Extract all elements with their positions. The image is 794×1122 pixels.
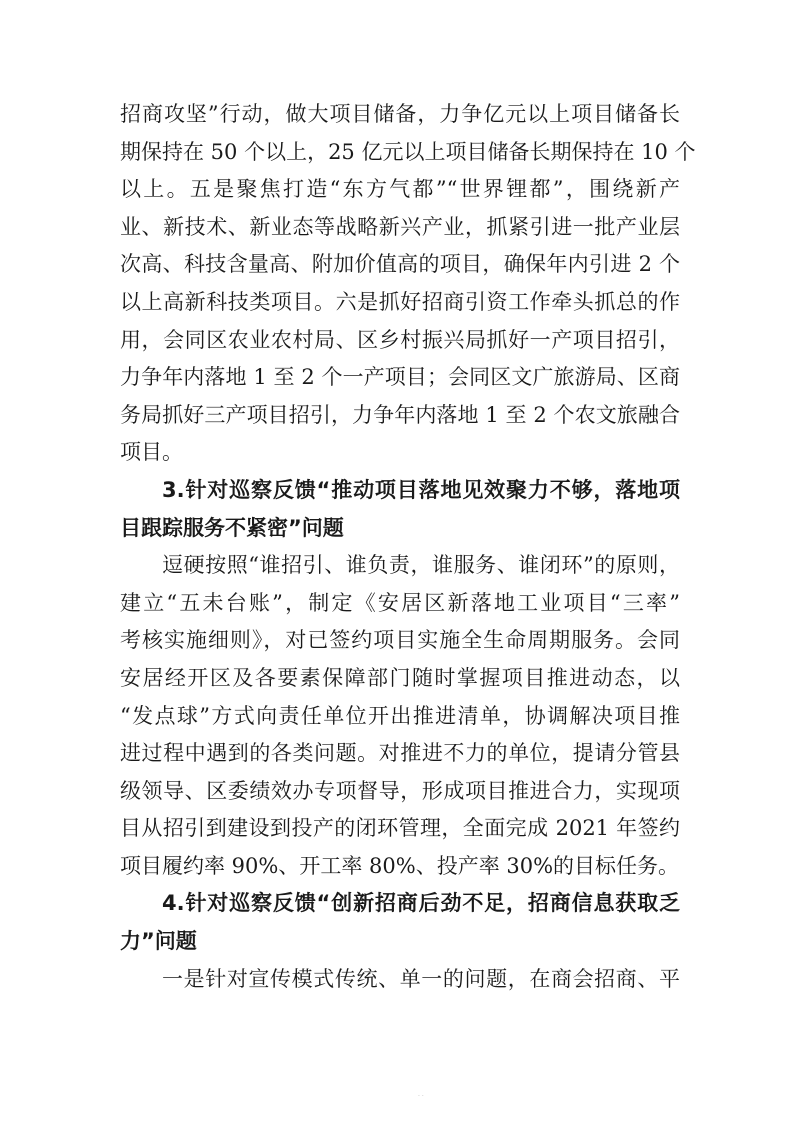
paragraph-project-tracking: 逗硬按照“谁招引、谁负责，谁服务、谁闭环”的原则， 建立“五未台账”，制定《安居…	[120, 547, 680, 885]
text-line: 期保持在 50 个以上，25 亿元以上项目储备长期保持在 10 个	[120, 134, 680, 172]
text-line: 一是针对宣传模式传统、单一的问题，在商会招商、平	[120, 961, 680, 999]
heading-line: 4.针对巡察反馈“创新招商后劲不足，招商信息获取乏	[120, 885, 680, 923]
heading-line: 3.针对巡察反馈“推动项目落地见效聚力不够，落地项	[120, 472, 680, 510]
text-line: 进过程中遇到的各类问题。对推进不力的单位，提请分管县	[120, 735, 680, 773]
text-line: 项目。	[120, 434, 680, 472]
footer-mark: · ·	[418, 1093, 424, 1100]
text-line: 级领导、区委绩效办专项督导，形成项目推进合力，实现项	[120, 773, 680, 811]
text-line: 项目履约率 90%、开工率 80%、投产率 30%的目标任务。	[120, 848, 680, 886]
paragraph-investment-targets: 招商攻坚”行动，做大项目储备，力争亿元以上项目储备长 期保持在 50 个以上，2…	[120, 96, 680, 472]
text-line: 逗硬按照“谁招引、谁负责，谁服务、谁闭环”的原则，	[120, 547, 680, 585]
document-page: 招商攻坚”行动，做大项目储备，力争亿元以上项目储备长 期保持在 50 个以上，2…	[120, 96, 680, 998]
text-line: 安居经开区及各要素保障部门随时掌握项目推进动态，以	[120, 660, 680, 698]
text-line: 建立“五未台账”，制定《安居区新落地工业项目“三率”	[120, 585, 680, 623]
text-line: 务局抓好三产项目招引，力争年内落地 1 至 2 个农文旅融合	[120, 397, 680, 435]
text-line: 用，会同区农业农村局、区乡村振兴局抓好一产项目招引，	[120, 322, 680, 360]
heading-line: 目跟踪服务不紧密”问题	[120, 510, 680, 548]
text-line: 力争年内落地 1 至 2 个一产项目；会同区文广旅游局、区商	[120, 359, 680, 397]
text-line: 以上。五是聚焦打造“东方气都”“世界锂都”，围绕新产	[120, 171, 680, 209]
text-line: 业、新技术、新业态等战略新兴产业，抓紧引进一批产业层	[120, 209, 680, 247]
text-line: 招商攻坚”行动，做大项目储备，力争亿元以上项目储备长	[120, 96, 680, 134]
section-heading-4: 4.针对巡察反馈“创新招商后劲不足，招商信息获取乏 力”问题	[120, 885, 680, 960]
text-line: “发点球”方式向责任单位开出推进清单，协调解决项目推	[120, 698, 680, 736]
text-line: 次高、科技含量高、附加价值高的项目，确保年内引进 2 个	[120, 246, 680, 284]
heading-line: 力”问题	[120, 923, 680, 961]
paragraph-promotion-mode: 一是针对宣传模式传统、单一的问题，在商会招商、平	[120, 961, 680, 999]
text-line: 以上高新科技类项目。六是抓好招商引资工作牵头抓总的作	[120, 284, 680, 322]
section-heading-3: 3.针对巡察反馈“推动项目落地见效聚力不够，落地项 目跟踪服务不紧密”问题	[120, 472, 680, 547]
text-line: 考核实施细则》，对已签约项目实施全生命周期服务。会同	[120, 622, 680, 660]
text-line: 目从招引到建设到投产的闭环管理，全面完成 2021 年签约	[120, 810, 680, 848]
